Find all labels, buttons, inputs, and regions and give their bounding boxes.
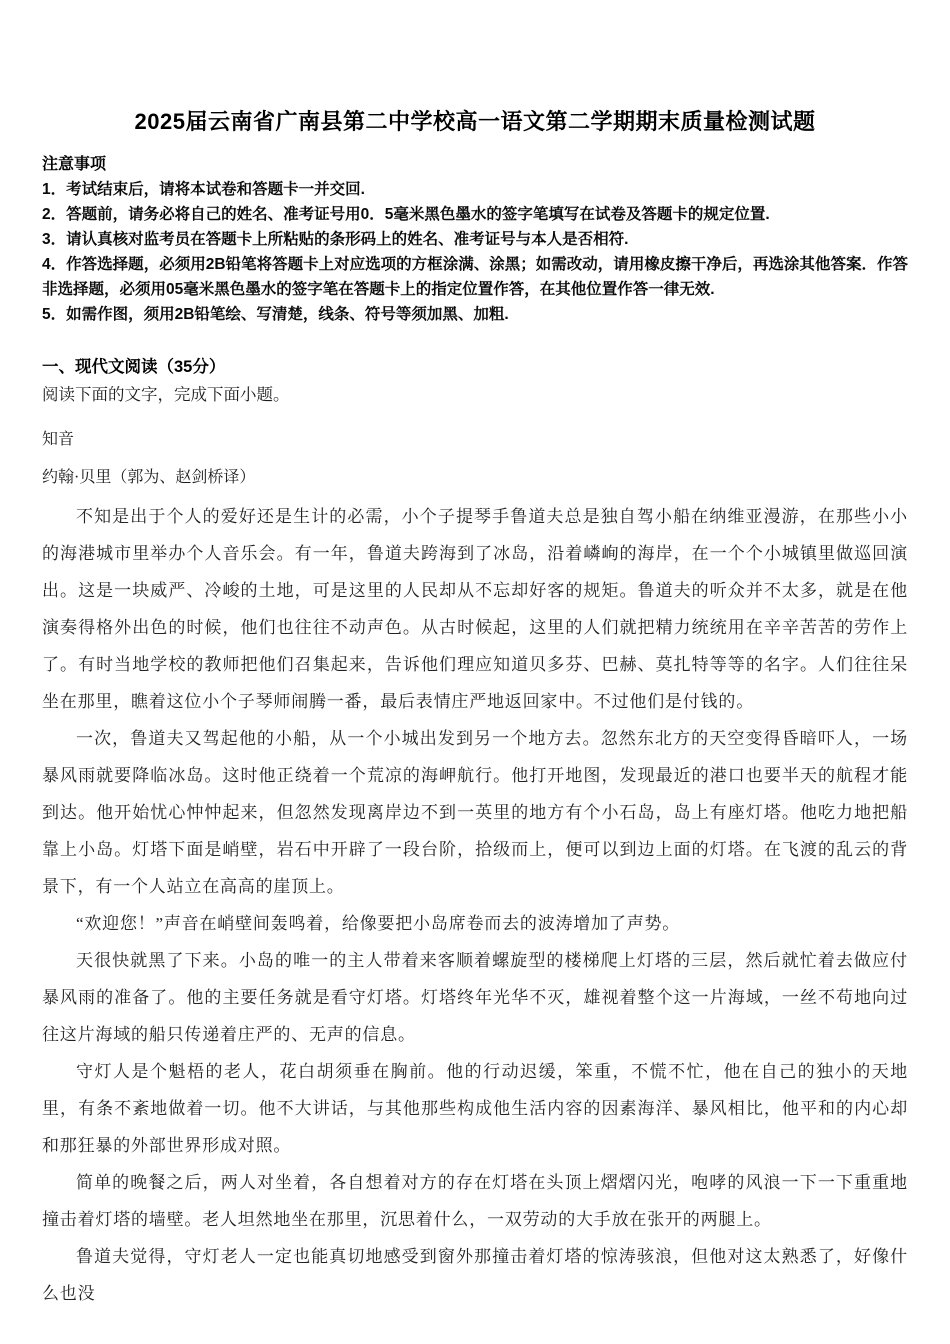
passage-paragraph: 一次，鲁道夫又驾起他的小船，从一个小城出发到另一个地方去。忽然东北方的天空变得昏… (42, 720, 908, 905)
notice-heading: 注意事项 (42, 152, 908, 177)
section-modern-reading: 一、现代文阅读（35分） 阅读下面的文字，完成下面小题。 知音 约翰·贝里（郭为… (42, 355, 908, 1312)
notice-item-5: 5．如需作图，须用2B铅笔绘、写清楚，线条、符号等须加黑、加粗. (42, 302, 908, 327)
passage-paragraph: 简单的晚餐之后，两人对坐着，各自想着对方的存在灯塔在头顶上熠熠闪光，咆哮的风浪一… (42, 1164, 908, 1238)
passage-paragraph: 鲁道夫觉得，守灯老人一定也能真切地感受到窗外那撞击着灯塔的惊涛骇浪，但他对这太熟… (42, 1238, 908, 1312)
passage-paragraph: 守灯人是个魁梧的老人，花白胡须垂在胸前。他的行动迟缓，笨重，不慌不忙，他在自己的… (42, 1053, 908, 1164)
passage-body: 不知是出于个人的爱好还是生计的必需，小个子提琴手鲁道夫总是独自驾小船在纳维亚漫游… (42, 498, 908, 1312)
notice-item-4: 4．作答选择题，必须用2B铅笔将答题卡上对应选项的方框涂满、涂黑；如需改动，请用… (42, 252, 908, 302)
section-instruction: 阅读下面的文字，完成下面小题。 (42, 382, 908, 408)
page-title: 2025届云南省广南县第二中学校高一语文第二学期期末质量检测试题 (42, 108, 908, 136)
passage-paragraph: “欢迎您！”声音在峭壁间轰鸣着，给像要把小岛席卷而去的波涛增加了声势。 (42, 905, 908, 942)
notice-item-1: 1．考试结束后，请将本试卷和答题卡一并交回. (42, 177, 908, 202)
notice-item-3: 3．请认真核对监考员在答题卡上所粘贴的条形码上的姓名、准考证号与本人是否相符. (42, 227, 908, 252)
passage-paragraph: 天很快就黑了下来。小岛的唯一的主人带着来客顺着螺旋型的楼梯爬上灯塔的三层，然后就… (42, 942, 908, 1053)
section-heading: 一、现代文阅读（35分） (42, 355, 908, 380)
passage-paragraph: 不知是出于个人的爱好还是生计的必需，小个子提琴手鲁道夫总是独自驾小船在纳维亚漫游… (42, 498, 908, 720)
notice-item-2: 2．答题前，请务必将自己的姓名、准考证号用0．5毫米黑色墨水的签字笔填写在试卷及… (42, 202, 908, 227)
notice-section: 注意事项 1．考试结束后，请将本试卷和答题卡一并交回. 2．答题前，请务必将自己… (42, 152, 908, 327)
exam-paper-page: 2025届云南省广南县第二中学校高一语文第二学期期末质量检测试题 注意事项 1．… (0, 0, 950, 1344)
passage-title: 知音 (42, 428, 908, 452)
passage-author: 约翰·贝里（郭为、赵剑桥译） (42, 466, 908, 490)
